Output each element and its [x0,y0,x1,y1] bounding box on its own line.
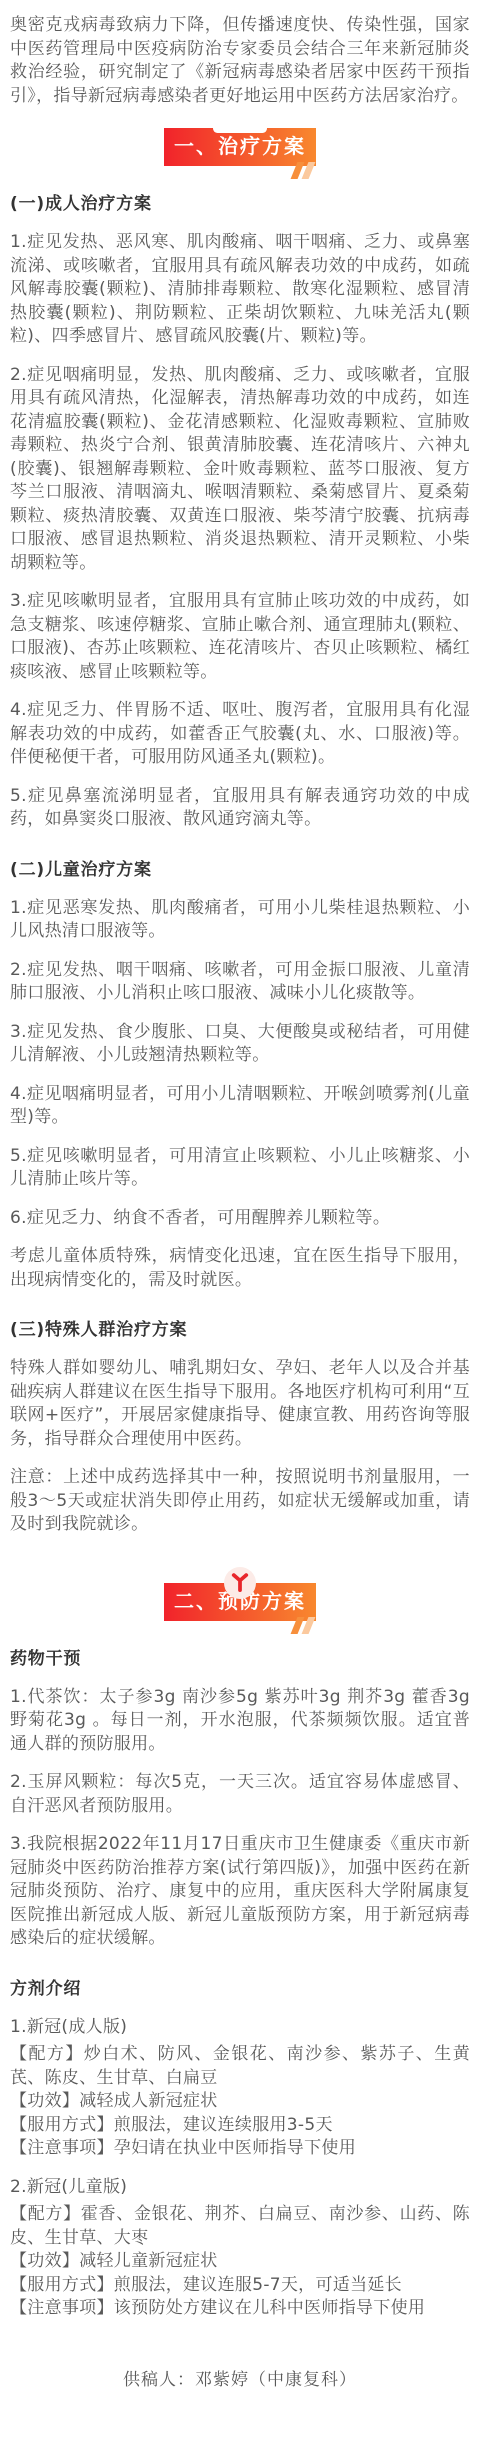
drug-intervention-item: 1.代茶饮：太子参3g 南沙参5g 紫苏叶3g 荆芥3g 藿香3g 野菊花3g … [10,1686,470,1757]
children-treatment-item: 4.症见咽痛明显者，可用小儿清咽颗粒、开喉剑喷雾剂(儿童型)等。 [10,1083,470,1130]
section-banner-prevention: 二、预防方案 [164,1583,316,1621]
special-group-paragraph: 特殊人群如婴幼儿、哺乳期妇女、孕妇、老年人以及合并基础疾病人群建议在医生指导下服… [10,1357,470,1451]
formula-effect: 【功效】减轻儿童新冠症状 [10,2250,470,2274]
adult-treatment-item: 2.症见咽痛明显，发热、肌肉酸痛、乏力、或咳嗽者，宜服用具有疏风清热，化湿解表，… [10,364,470,576]
drug-intervention-item: 3.我院根据2022年11月17日重庆市卫生健康委《重庆市新冠肺炎中医药防治推荐… [10,1833,470,1951]
drug-intervention-item: 2.玉屏风颗粒：每次5克，一天三次。适宜容易体虚感冒、自汗恶风者预防服用。 [10,1771,470,1818]
banner-dash-decoration-icon [213,124,267,133]
drug-intervention-heading: 药物干预 [10,1647,470,1671]
intro-paragraph: 奥密克戎病毒致病力下降，但传播速度快、传染性强，国家中医药管理局中医疫病防治专家… [10,14,470,108]
treatment-banner-title: 一、治疗方案 [174,135,306,159]
quote-marks-icon [294,162,312,179]
formula-title: 2.新冠(儿童版) [10,2176,470,2200]
ribbon-icon [230,1573,250,1593]
formula-caution: 【注意事项】孕妇请在执业中医师指导下使用 [10,2137,470,2161]
adult-treatment-item: 1.症见发热、恶风寒、肌肉酸痛、咽干咽痛、乏力、或鼻塞流涕、或咳嗽者，宜服用具有… [10,231,470,349]
formula-block-children: 2.新冠(儿童版) 【配方】霍香、金银花、荆芥、白扁豆、南沙参、山药、陈皮、生甘… [10,2176,470,2321]
children-treatment-item: 6.症见乏力、纳食不香者，可用醒脾养儿颗粒等。 [10,1207,470,1231]
children-treatment-item: 5.症见咳嗽明显者，可用清宣止咳颗粒、小儿止咳糖浆、小儿清肺止咳片等。 [10,1145,470,1192]
contributor-credit: 供稿人：邓紫婷（中康复科） [10,2369,470,2393]
formula-usage: 【服用方式】煎服法，建议连服5-7天，可适当延长 [10,2274,470,2298]
section-banner-treatment: 一、治疗方案 [164,128,316,166]
article-page: 奥密克戎病毒致病力下降，但传播速度快、传染性强，国家中医药管理局中医疫病防治专家… [0,0,480,2439]
formula-intro-heading: 方剂介绍 [10,1977,470,2001]
special-group-heading: (三)特殊人群治疗方案 [10,1318,470,1342]
adult-treatment-item: 5.症见鼻塞流涕明显者，宜服用具有解表通窍功效的中成药，如鼻窦炎口服液、散风通窍… [10,785,470,832]
formula-recipe: 【配方】炒白术、防风、金银花、南沙参、紫苏子、生黄芪、陈皮、生甘草、白扁豆 [10,2043,470,2090]
treatment-notice-paragraph: 注意：上述中成药选择其中一种，按照说明书剂量服用，一般3～5天或症状消失即停止用… [10,1466,470,1537]
formula-recipe: 【配方】霍香、金银花、荆芥、白扁豆、南沙参、山药、陈皮、生甘草、大枣 [10,2203,470,2250]
children-treatment-item: 3.症见发热、食少腹胀、口臭、大便酸臭或秘结者，可用健儿清解液、小儿豉翘清热颗粒… [10,1021,470,1068]
formula-title: 1.新冠(成人版) [10,2016,470,2040]
children-treatment-item: 1.症见恶寒发热、肌肉酸痛者，可用小儿柴桂退热颗粒、小儿风热清口服液等。 [10,897,470,944]
children-treatment-heading: (二)儿童治疗方案 [10,858,470,882]
adult-treatment-heading: (一)成人治疗方案 [10,192,470,216]
quote-marks-icon [294,1617,312,1634]
adult-treatment-item: 3.症见咳嗽明显者，宜服用具有宣肺止咳功效的中成药，如急支糖浆、咳速停糖浆、宣肺… [10,590,470,684]
adult-treatment-item: 4.症见乏力、伴胃肠不适、呕吐、腹泻者，宜服用具有化湿解表功效的中成药，如藿香正… [10,699,470,770]
formula-block-adult: 1.新冠(成人版) 【配方】炒白术、防风、金银花、南沙参、紫苏子、生黄芪、陈皮、… [10,2016,470,2161]
formula-effect: 【功效】减轻成人新冠症状 [10,2090,470,2114]
formula-caution: 【注意事项】该预防处方建议在儿科中医师指导下使用 [10,2297,470,2321]
ribbon-badge [224,1567,256,1599]
treatment-banner: 一、治疗方案 [164,128,316,166]
formula-usage: 【服用方式】煎服法，建议连续服用3-5天 [10,2114,470,2138]
children-treatment-note: 考虑儿童体质特殊，病情变化迅速，宜在医生指导下服用，出现病情变化的，需及时就医。 [10,1245,470,1292]
children-treatment-item: 2.症见发热、咽干咽痛、咳嗽者，可用金振口服液、儿童清肺口服液、小儿消积止咳口服… [10,959,470,1006]
